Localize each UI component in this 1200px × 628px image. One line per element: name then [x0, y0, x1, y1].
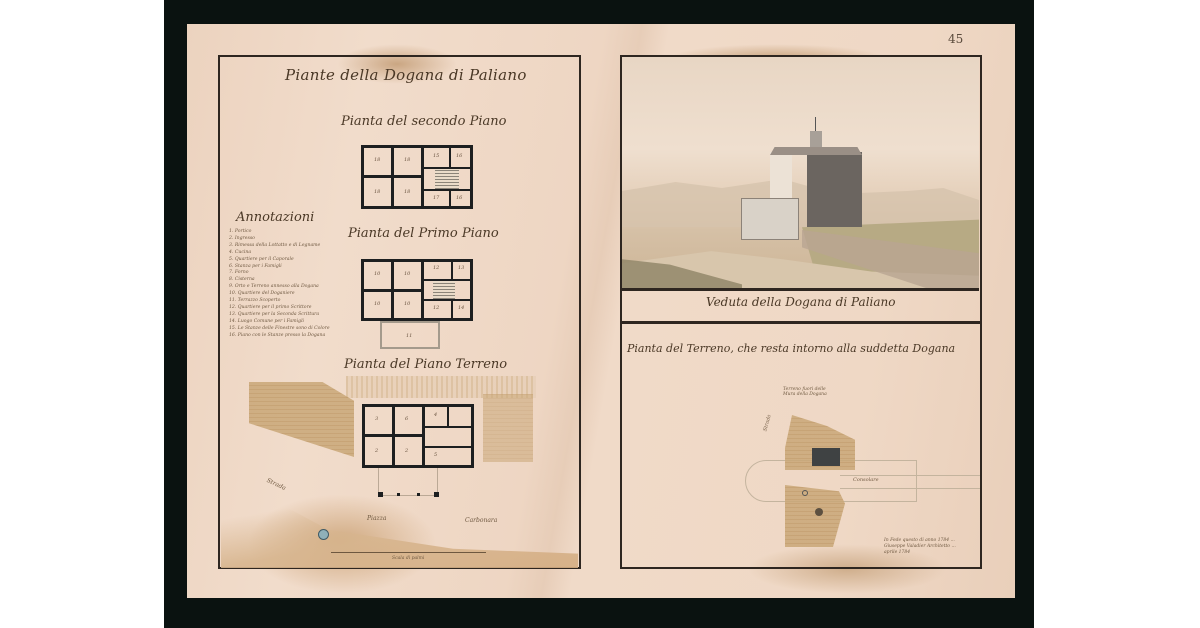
site-label-note: Carbonara — [465, 517, 497, 524]
site-plan-drawing — [740, 390, 980, 560]
left-sheet-title: Piante della Dogana di Paliano — [285, 66, 527, 84]
annotation-item: 1. Portico — [229, 229, 330, 236]
annotations-heading: Annotazioni — [236, 210, 314, 225]
annotation-item: 16. Piano con le Stanze presso la Dogana — [229, 333, 330, 340]
folio-number: 45 — [948, 32, 963, 46]
site-plan-note: Terreno fuori delle Mura della Dogana — [783, 387, 833, 397]
annotation-item: 4. Cucina — [229, 250, 330, 257]
annotation-item: 2. Ingresso — [229, 236, 330, 243]
annotation-item: 11. Terrazzo Scoperto — [229, 298, 330, 305]
annotations-list: 1. Portico 2. Ingresso 3. Rimessa della … — [229, 229, 330, 340]
landscape-view-illustration — [622, 57, 979, 288]
site-plan-title: Pianta del Terreno, che resta intorno al… — [627, 342, 955, 355]
plan-title-ground-floor: Pianta del Piano Terreno — [344, 357, 507, 372]
site-label-piazza: Piazza — [367, 515, 386, 522]
plan-title-first-floor: Pianta del Primo Piano — [348, 226, 499, 241]
signature-block: In Fede questo dì anno 1784 ... Giuseppe… — [884, 538, 956, 556]
annotation-item: 3. Rimessa della Lottatto e di Legname — [229, 243, 330, 250]
floor-plan-ground: 36 22 45 — [221, 372, 578, 568]
view-caption: Veduta della Dogana di Paliano — [706, 295, 895, 309]
signature-line: aprile 1784 — [884, 550, 956, 556]
annotation-item: 14. Luogo Comune per i Famigli — [229, 319, 330, 326]
site-plan-main-road-label: Consolare — [853, 477, 879, 483]
annotation-item: 15. Le Stanze delle Finestre sono di Col… — [229, 326, 330, 333]
annotation-item: 5. Quartiere per il Caporale — [229, 257, 330, 264]
floor-plan-second: 1818 1818 1516 1716 — [361, 145, 473, 209]
annotation-item: 12. Quartiere per il primo Scrittore — [229, 305, 330, 312]
floor-plan-first: 1010 1010 1213 1214 11 — [361, 259, 473, 350]
scale-label: Scala di palmi — [392, 556, 424, 561]
plan-title-second-floor: Pianta del secondo Piano — [341, 114, 506, 129]
view-frame: Veduta della Dogana di Paliano — [620, 55, 982, 323]
annotation-item: 13. Quartiere per la Seconda Scrittura — [229, 312, 330, 319]
